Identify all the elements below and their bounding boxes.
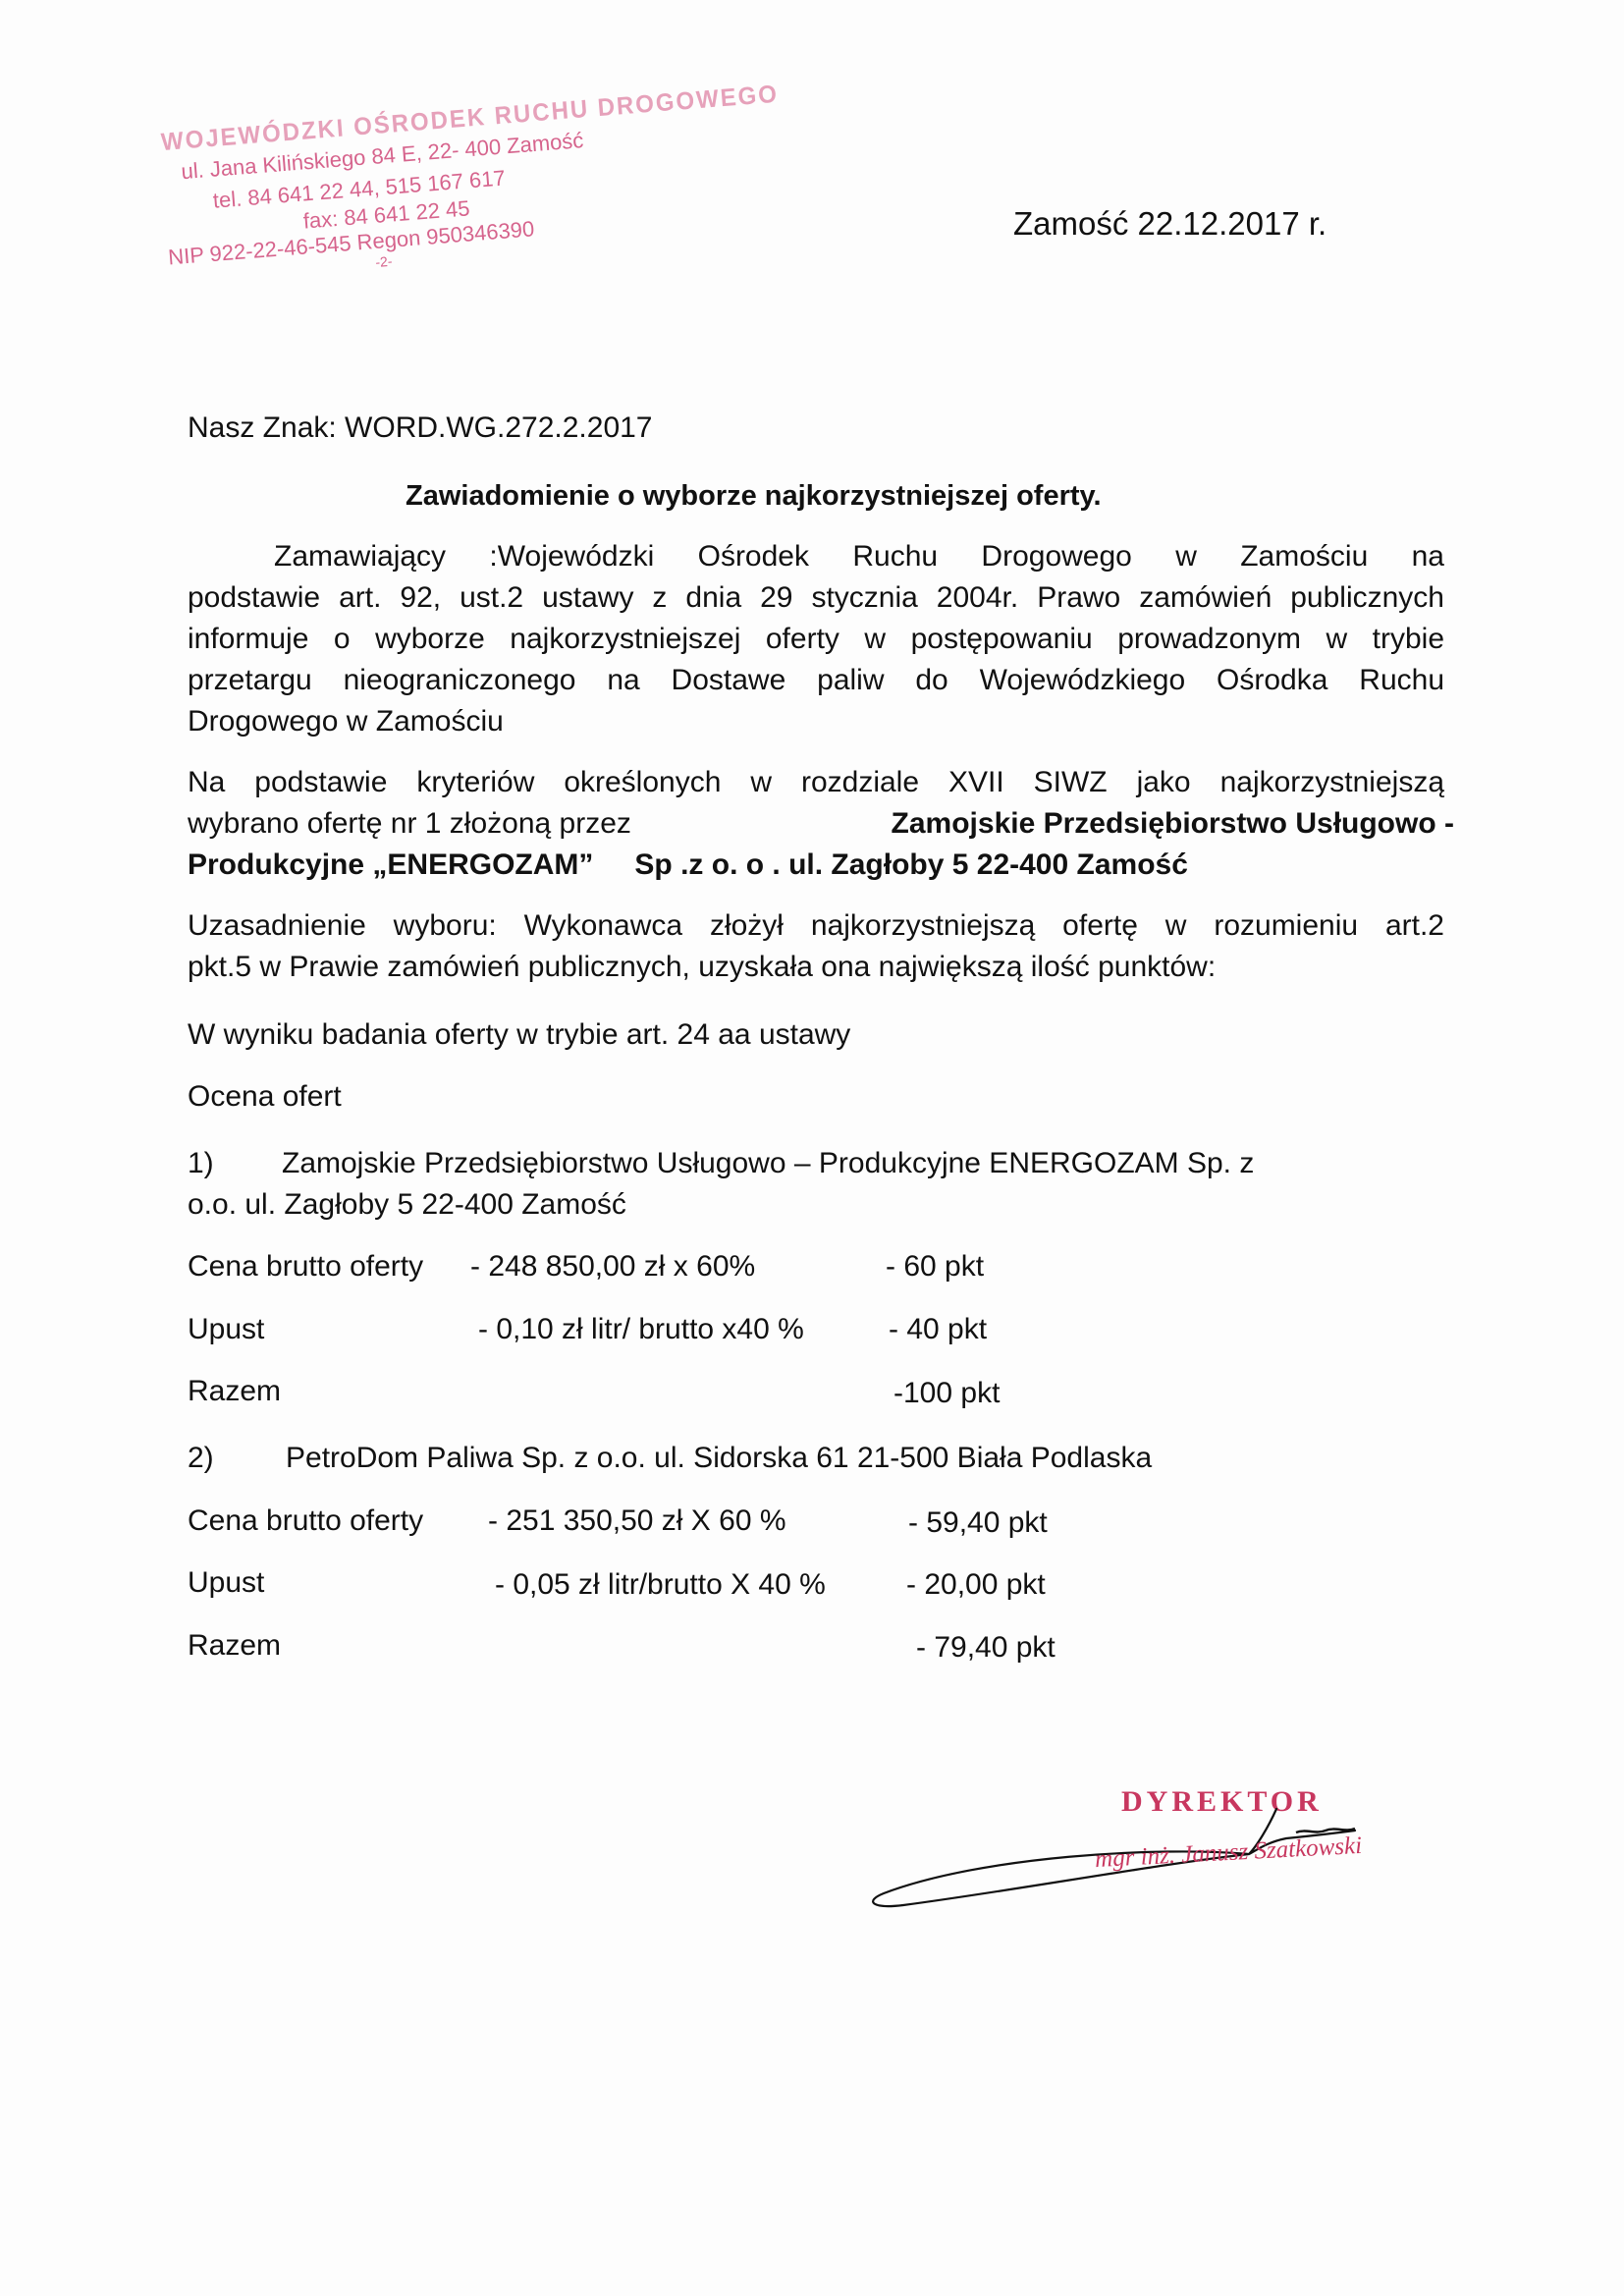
selected-offer-address: Sp .z o. o . ul. Zagłoby 5 22-400 Zamość xyxy=(634,848,1187,881)
offer-row-points: - 59,40 pkt xyxy=(908,1505,1048,1541)
offer-row-points: -100 pkt xyxy=(893,1376,1000,1411)
offer-row-label: Cena brutto oferty xyxy=(188,1503,423,1539)
paragraph-line: Drogowego w Zamościu xyxy=(188,704,504,739)
offer-row-points: - 79,40 pkt xyxy=(916,1630,1056,1666)
offer-row-points: - 60 pkt xyxy=(886,1249,984,1285)
selected-offer-name-cont: Produkcyjne „ENERGOZAM”Sp .z o. o . ul. … xyxy=(188,847,1188,883)
paragraph-line: W wyniku badania oferty w trybie art. 24… xyxy=(188,1017,850,1053)
selected-offer-intro: wybrano ofertę nr 1 złożoną przez xyxy=(188,806,631,842)
offer-name-cont: o.o. ul. Zagłoby 5 22-400 Zamość xyxy=(188,1187,626,1223)
offer-row-label: Razem xyxy=(188,1628,281,1664)
stamp-line: -2- xyxy=(375,253,393,270)
offer-row-detail: - 0,05 zł litr/brutto X 40 % xyxy=(495,1567,826,1603)
place-date: Zamość 22.12.2017 r. xyxy=(1013,206,1326,242)
paragraph-line: pkt.5 w Prawie zamówień publicznych, uzy… xyxy=(188,950,1216,985)
offer-row-detail: - 248 850,00 zł x 60% xyxy=(470,1249,755,1285)
offer-row-label: Cena brutto oferty xyxy=(188,1249,423,1285)
offer-row-label: Upust xyxy=(188,1312,264,1347)
offer-number: 1) xyxy=(188,1146,214,1181)
paragraph-line: informuje o wyborze najkorzystniejszej o… xyxy=(188,622,1444,657)
offer-row-label: Razem xyxy=(188,1374,281,1409)
document-page: WOJEWÓDZKI OŚRODEK RUCHU DROGOWEGO ul. J… xyxy=(0,0,1624,2296)
institution-stamp: WOJEWÓDZKI OŚRODEK RUCHU DROGOWEGO ul. J… xyxy=(157,80,630,287)
offer-row-points: - 40 pkt xyxy=(889,1312,987,1347)
paragraph-line: przetargu nieograniczonego na Dostawe pa… xyxy=(188,663,1444,698)
paragraph-line: podstawie art. 92, ust.2 ustawy z dnia 2… xyxy=(188,580,1444,616)
selected-offer-company: Produkcyjne „ENERGOZAM” xyxy=(188,848,593,881)
offer-row-detail: - 251 350,50 zł X 60 % xyxy=(488,1503,786,1539)
offer-row-label: Upust xyxy=(188,1565,264,1601)
selected-offer-name: Zamojskie Przedsiębiorstwo Usługowo - xyxy=(892,806,1454,842)
paragraph-line: Zamawiający :Wojewódzki Ośrodek Ruchu Dr… xyxy=(188,539,1444,574)
paragraph-line: Na podstawie kryteriów określonych w roz… xyxy=(188,765,1444,800)
document-title: Zawiadomienie o wyborze najkorzystniejsz… xyxy=(406,478,1102,514)
paragraph-line: wybrano ofertę nr 1 złożoną przez Zamojs… xyxy=(188,806,1454,842)
offer-number: 2) xyxy=(188,1441,214,1476)
offer-name: Zamojskie Przedsiębiorstwo Usługowo – Pr… xyxy=(282,1146,1254,1181)
reference-number: Nasz Znak: WORD.WG.272.2.2017 xyxy=(188,410,653,446)
offer-name: PetroDom Paliwa Sp. z o.o. ul. Sidorska … xyxy=(286,1441,1152,1476)
paragraph-line: Uzasadnienie wyboru: Wykonawca złożył na… xyxy=(188,908,1444,944)
offer-row-points: - 20,00 pkt xyxy=(906,1567,1046,1603)
evaluation-heading: Ocena ofert xyxy=(188,1079,342,1115)
offer-row-detail: - 0,10 zł litr/ brutto x40 % xyxy=(478,1312,804,1347)
